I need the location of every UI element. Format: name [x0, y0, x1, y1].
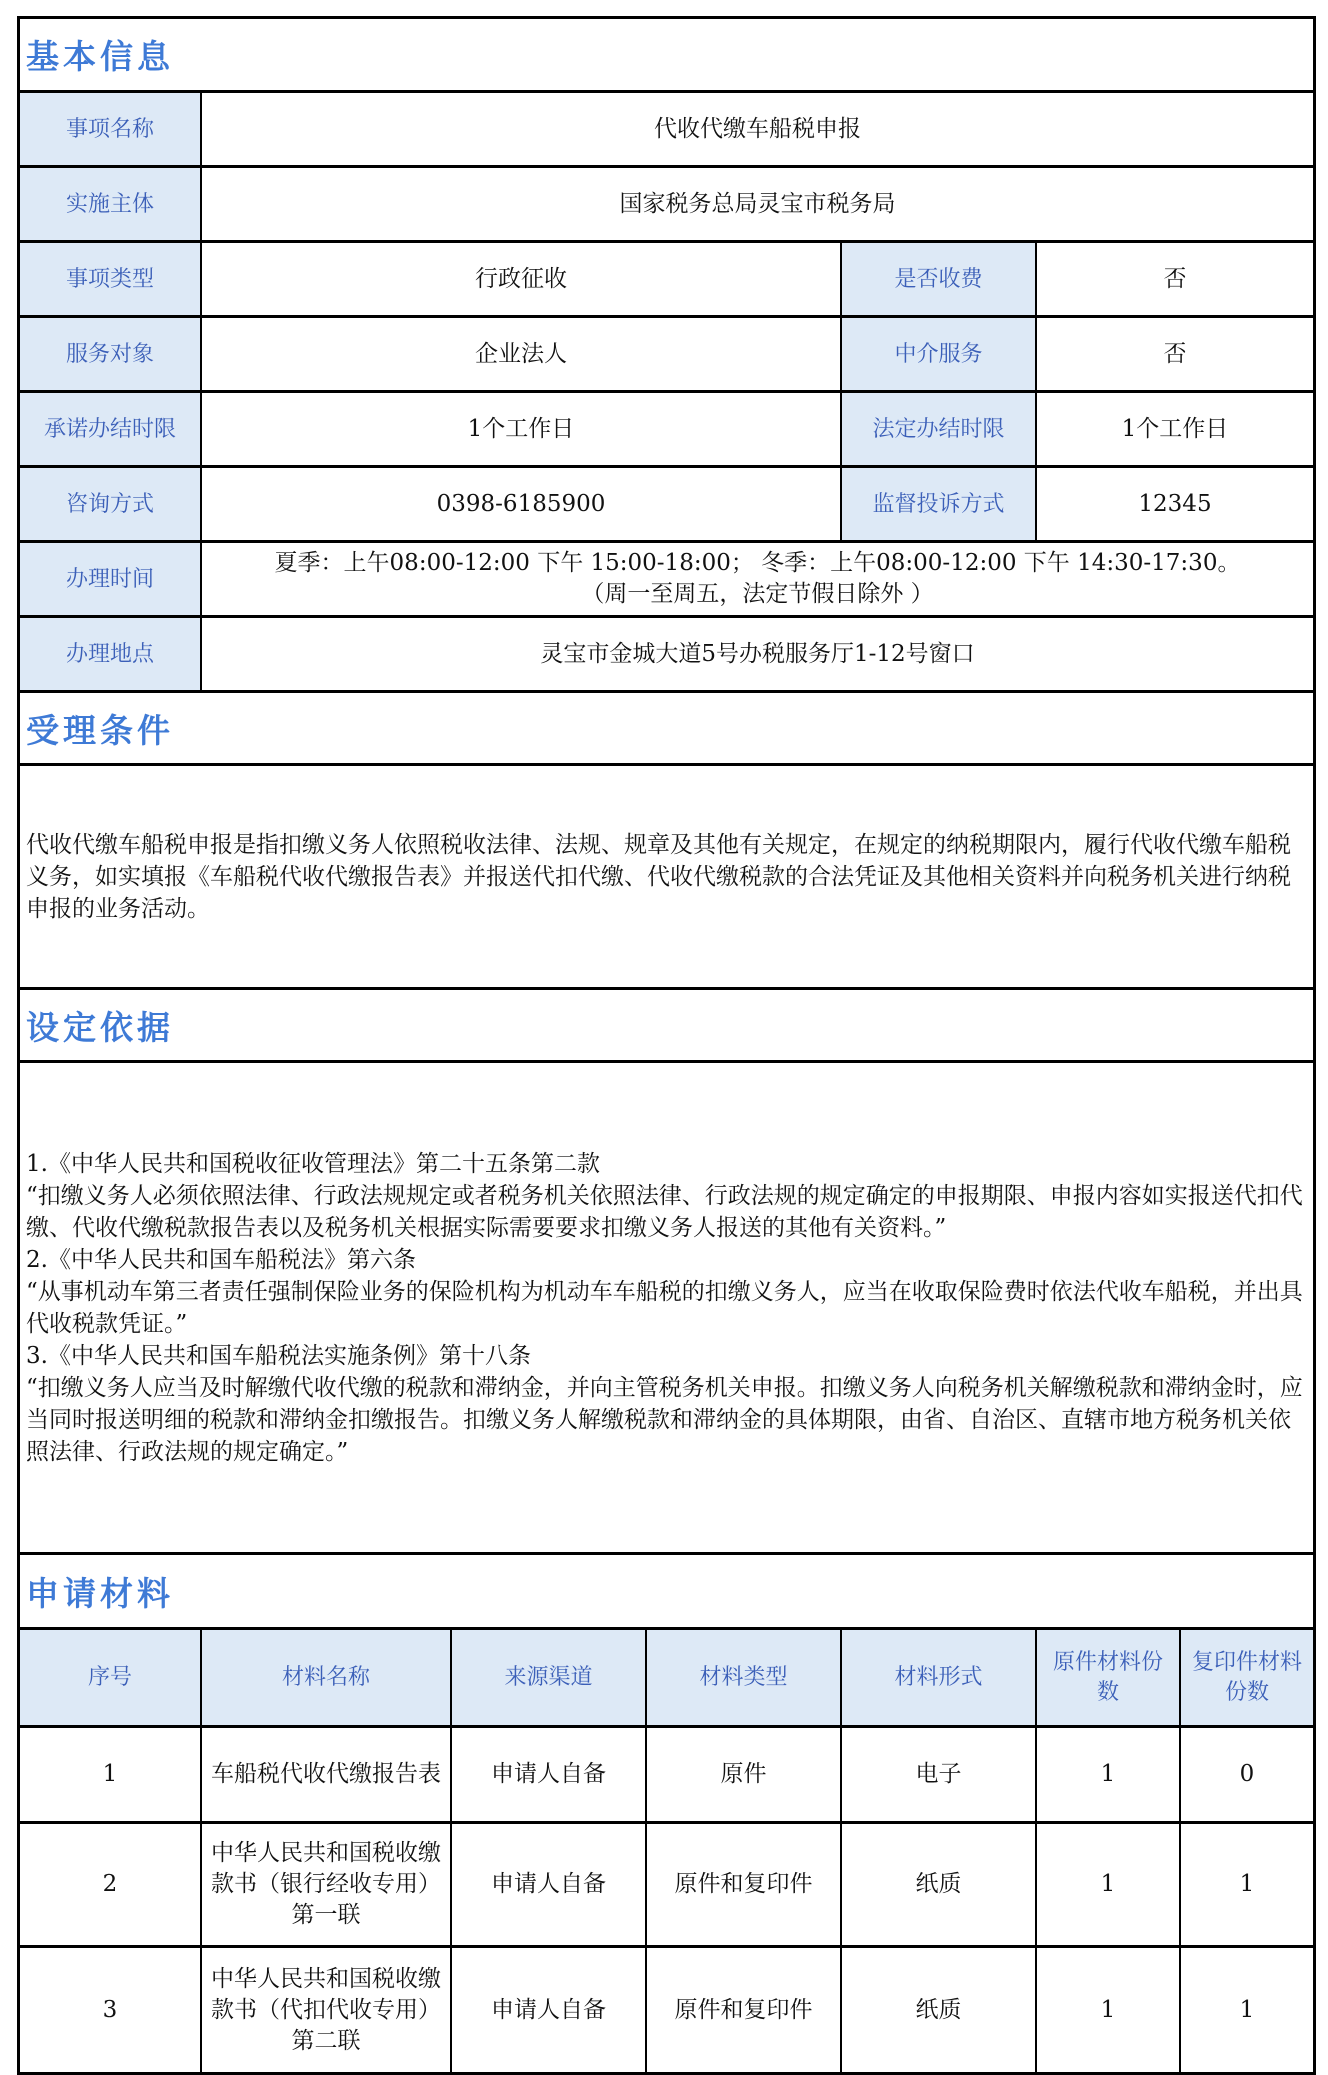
label-promised-limit: 承诺办结时限 [20, 393, 202, 465]
column-header: 序号 [20, 1630, 202, 1725]
basis-quote: “从事机动车第三者责任强制保险业务的保险机构为机动车车船税的扣缴义务人，应当在收… [26, 1276, 1307, 1340]
column-header: 来源渠道 [452, 1630, 647, 1725]
value-consult: 0398-6185900 [202, 468, 842, 540]
label-consult: 咨询方式 [20, 468, 202, 540]
label-implementer: 实施主体 [20, 168, 202, 240]
basis-header: 设定依据 [20, 990, 1313, 1063]
label-location: 办理地点 [20, 618, 202, 690]
cell-type: 原件和复印件 [647, 1824, 842, 1945]
row-time-limit: 承诺办结时限 1个工作日 法定办结时限 1个工作日 [20, 393, 1313, 468]
table-row: 3 中华人民共和国税收缴款书（代扣代收专用）第二联 申请人自备 原件和复印件 纸… [20, 1948, 1313, 2072]
cell-form: 纸质 [842, 1824, 1037, 1945]
materials-column-header: 序号 材料名称 来源渠道 材料类型 材料形式 原件材料份数 复印件材料份数 [20, 1630, 1313, 1728]
materials-header: 申请材料 [20, 1555, 1313, 1630]
column-header: 材料类型 [647, 1630, 842, 1725]
label-item-name: 事项名称 [20, 93, 202, 165]
cell-name: 中华人民共和国税收缴款书（代扣代收专用）第二联 [202, 1948, 452, 2072]
column-header: 材料形式 [842, 1630, 1037, 1725]
cell-type: 原件和复印件 [647, 1948, 842, 2072]
row-location: 办理地点 灵宝市金城大道5号办税服务厅1-12号窗口 [20, 618, 1313, 693]
cell-form: 纸质 [842, 1948, 1037, 2072]
cell-form: 电子 [842, 1728, 1037, 1821]
section-title-materials: 申请材料 [20, 1555, 174, 1627]
hours-line-1: 夏季：上午08:00-12:00 下午 15:00-18:00； 冬季：上午08… [275, 548, 1241, 579]
value-promised-limit: 1个工作日 [202, 393, 842, 465]
value-service-target: 企业法人 [202, 318, 842, 390]
basis-heading: 2.《中华人民共和国车船税法》第六条 [26, 1244, 1307, 1276]
service-info-sheet: 基本信息 事项名称 代收代缴车船税申报 实施主体 国家税务总局灵宝市税务局 事项… [17, 16, 1316, 2075]
row-implementer: 实施主体 国家税务总局灵宝市税务局 [20, 168, 1313, 243]
section-title-basis: 设定依据 [20, 990, 174, 1060]
row-item-type: 事项类型 行政征收 是否收费 否 [20, 243, 1313, 318]
value-legal-limit: 1个工作日 [1037, 393, 1313, 465]
row-hours: 办理时间 夏季：上午08:00-12:00 下午 15:00-18:00； 冬季… [20, 543, 1313, 618]
label-hours: 办理时间 [20, 543, 202, 615]
basis-quote: “扣缴义务人必须依照法律、行政法规规定或者税务机关依照法律、行政法规的规定确定的… [26, 1180, 1307, 1244]
cell-copy-count: 0 [1181, 1728, 1313, 1821]
label-item-type: 事项类型 [20, 243, 202, 315]
label-agency-service: 中介服务 [842, 318, 1037, 390]
section-title-basic-info: 基本信息 [20, 19, 174, 90]
basis-heading: 1.《中华人民共和国税收征收管理法》第二十五条第二款 [26, 1148, 1307, 1180]
value-location: 灵宝市金城大道5号办税服务厅1-12号窗口 [202, 618, 1313, 690]
basic-info-header: 基本信息 [20, 19, 1313, 93]
value-item-type: 行政征收 [202, 243, 842, 315]
basis-quote: “扣缴义务人应当及时解缴代收代缴的税款和滞纳金，并向主管税务机关申报。扣缴义务人… [26, 1372, 1307, 1468]
row-service-target: 服务对象 企业法人 中介服务 否 [20, 318, 1313, 393]
basis-heading: 3.《中华人民共和国车船税法实施条例》第十八条 [26, 1340, 1307, 1372]
column-header: 原件材料份数 [1037, 1630, 1181, 1725]
cell-type: 原件 [647, 1728, 842, 1821]
value-charge: 否 [1037, 243, 1313, 315]
cell-source: 申请人自备 [452, 1728, 647, 1821]
label-service-target: 服务对象 [20, 318, 202, 390]
row-contact: 咨询方式 0398-6185900 监督投诉方式 12345 [20, 468, 1313, 543]
label-charge: 是否收费 [842, 243, 1037, 315]
table-row: 2 中华人民共和国税收缴款书（银行经收专用）第一联 申请人自备 原件和复印件 纸… [20, 1824, 1313, 1948]
cell-index: 3 [20, 1948, 202, 2072]
cell-index: 1 [20, 1728, 202, 1821]
cell-copy-count: 1 [1181, 1824, 1313, 1945]
conditions-content: 代收代缴车船税申报是指扣缴义务人依照税收法律、法规、规章及其他有关规定，在规定的… [20, 766, 1313, 990]
label-complaint: 监督投诉方式 [842, 468, 1037, 540]
value-complaint: 12345 [1037, 468, 1313, 540]
cell-index: 2 [20, 1824, 202, 1945]
value-hours: 夏季：上午08:00-12:00 下午 15:00-18:00； 冬季：上午08… [202, 543, 1313, 615]
cell-source: 申请人自备 [452, 1824, 647, 1945]
value-item-name: 代收代缴车船税申报 [202, 93, 1313, 165]
conditions-paragraph: 代收代缴车船税申报是指扣缴义务人依照税收法律、法规、规章及其他有关规定，在规定的… [26, 829, 1307, 925]
cell-original-count: 1 [1037, 1824, 1181, 1945]
basis-content: 1.《中华人民共和国税收征收管理法》第二十五条第二款 “扣缴义务人必须依照法律、… [20, 1063, 1313, 1555]
conditions-header: 受理条件 [20, 693, 1313, 766]
conditions-text: 代收代缴车船税申报是指扣缴义务人依照税收法律、法规、规章及其他有关规定，在规定的… [20, 766, 1313, 987]
label-legal-limit: 法定办结时限 [842, 393, 1037, 465]
column-header: 材料名称 [202, 1630, 452, 1725]
cell-name: 中华人民共和国税收缴款书（银行经收专用）第一联 [202, 1824, 452, 1945]
cell-copy-count: 1 [1181, 1948, 1313, 2072]
column-header: 复印件材料份数 [1181, 1630, 1313, 1725]
basis-text: 1.《中华人民共和国税收征收管理法》第二十五条第二款 “扣缴义务人必须依照法律、… [20, 1063, 1313, 1552]
row-item-name: 事项名称 代收代缴车船税申报 [20, 93, 1313, 168]
hours-line-2: （周一至周五，法定节假日除外 ） [581, 579, 933, 610]
cell-original-count: 1 [1037, 1948, 1181, 2072]
cell-name: 车船税代收代缴报告表 [202, 1728, 452, 1821]
table-row: 1 车船税代收代缴报告表 申请人自备 原件 电子 1 0 [20, 1728, 1313, 1824]
cell-original-count: 1 [1037, 1728, 1181, 1821]
value-implementer: 国家税务总局灵宝市税务局 [202, 168, 1313, 240]
value-agency-service: 否 [1037, 318, 1313, 390]
section-title-conditions: 受理条件 [20, 693, 174, 763]
cell-source: 申请人自备 [452, 1948, 647, 2072]
